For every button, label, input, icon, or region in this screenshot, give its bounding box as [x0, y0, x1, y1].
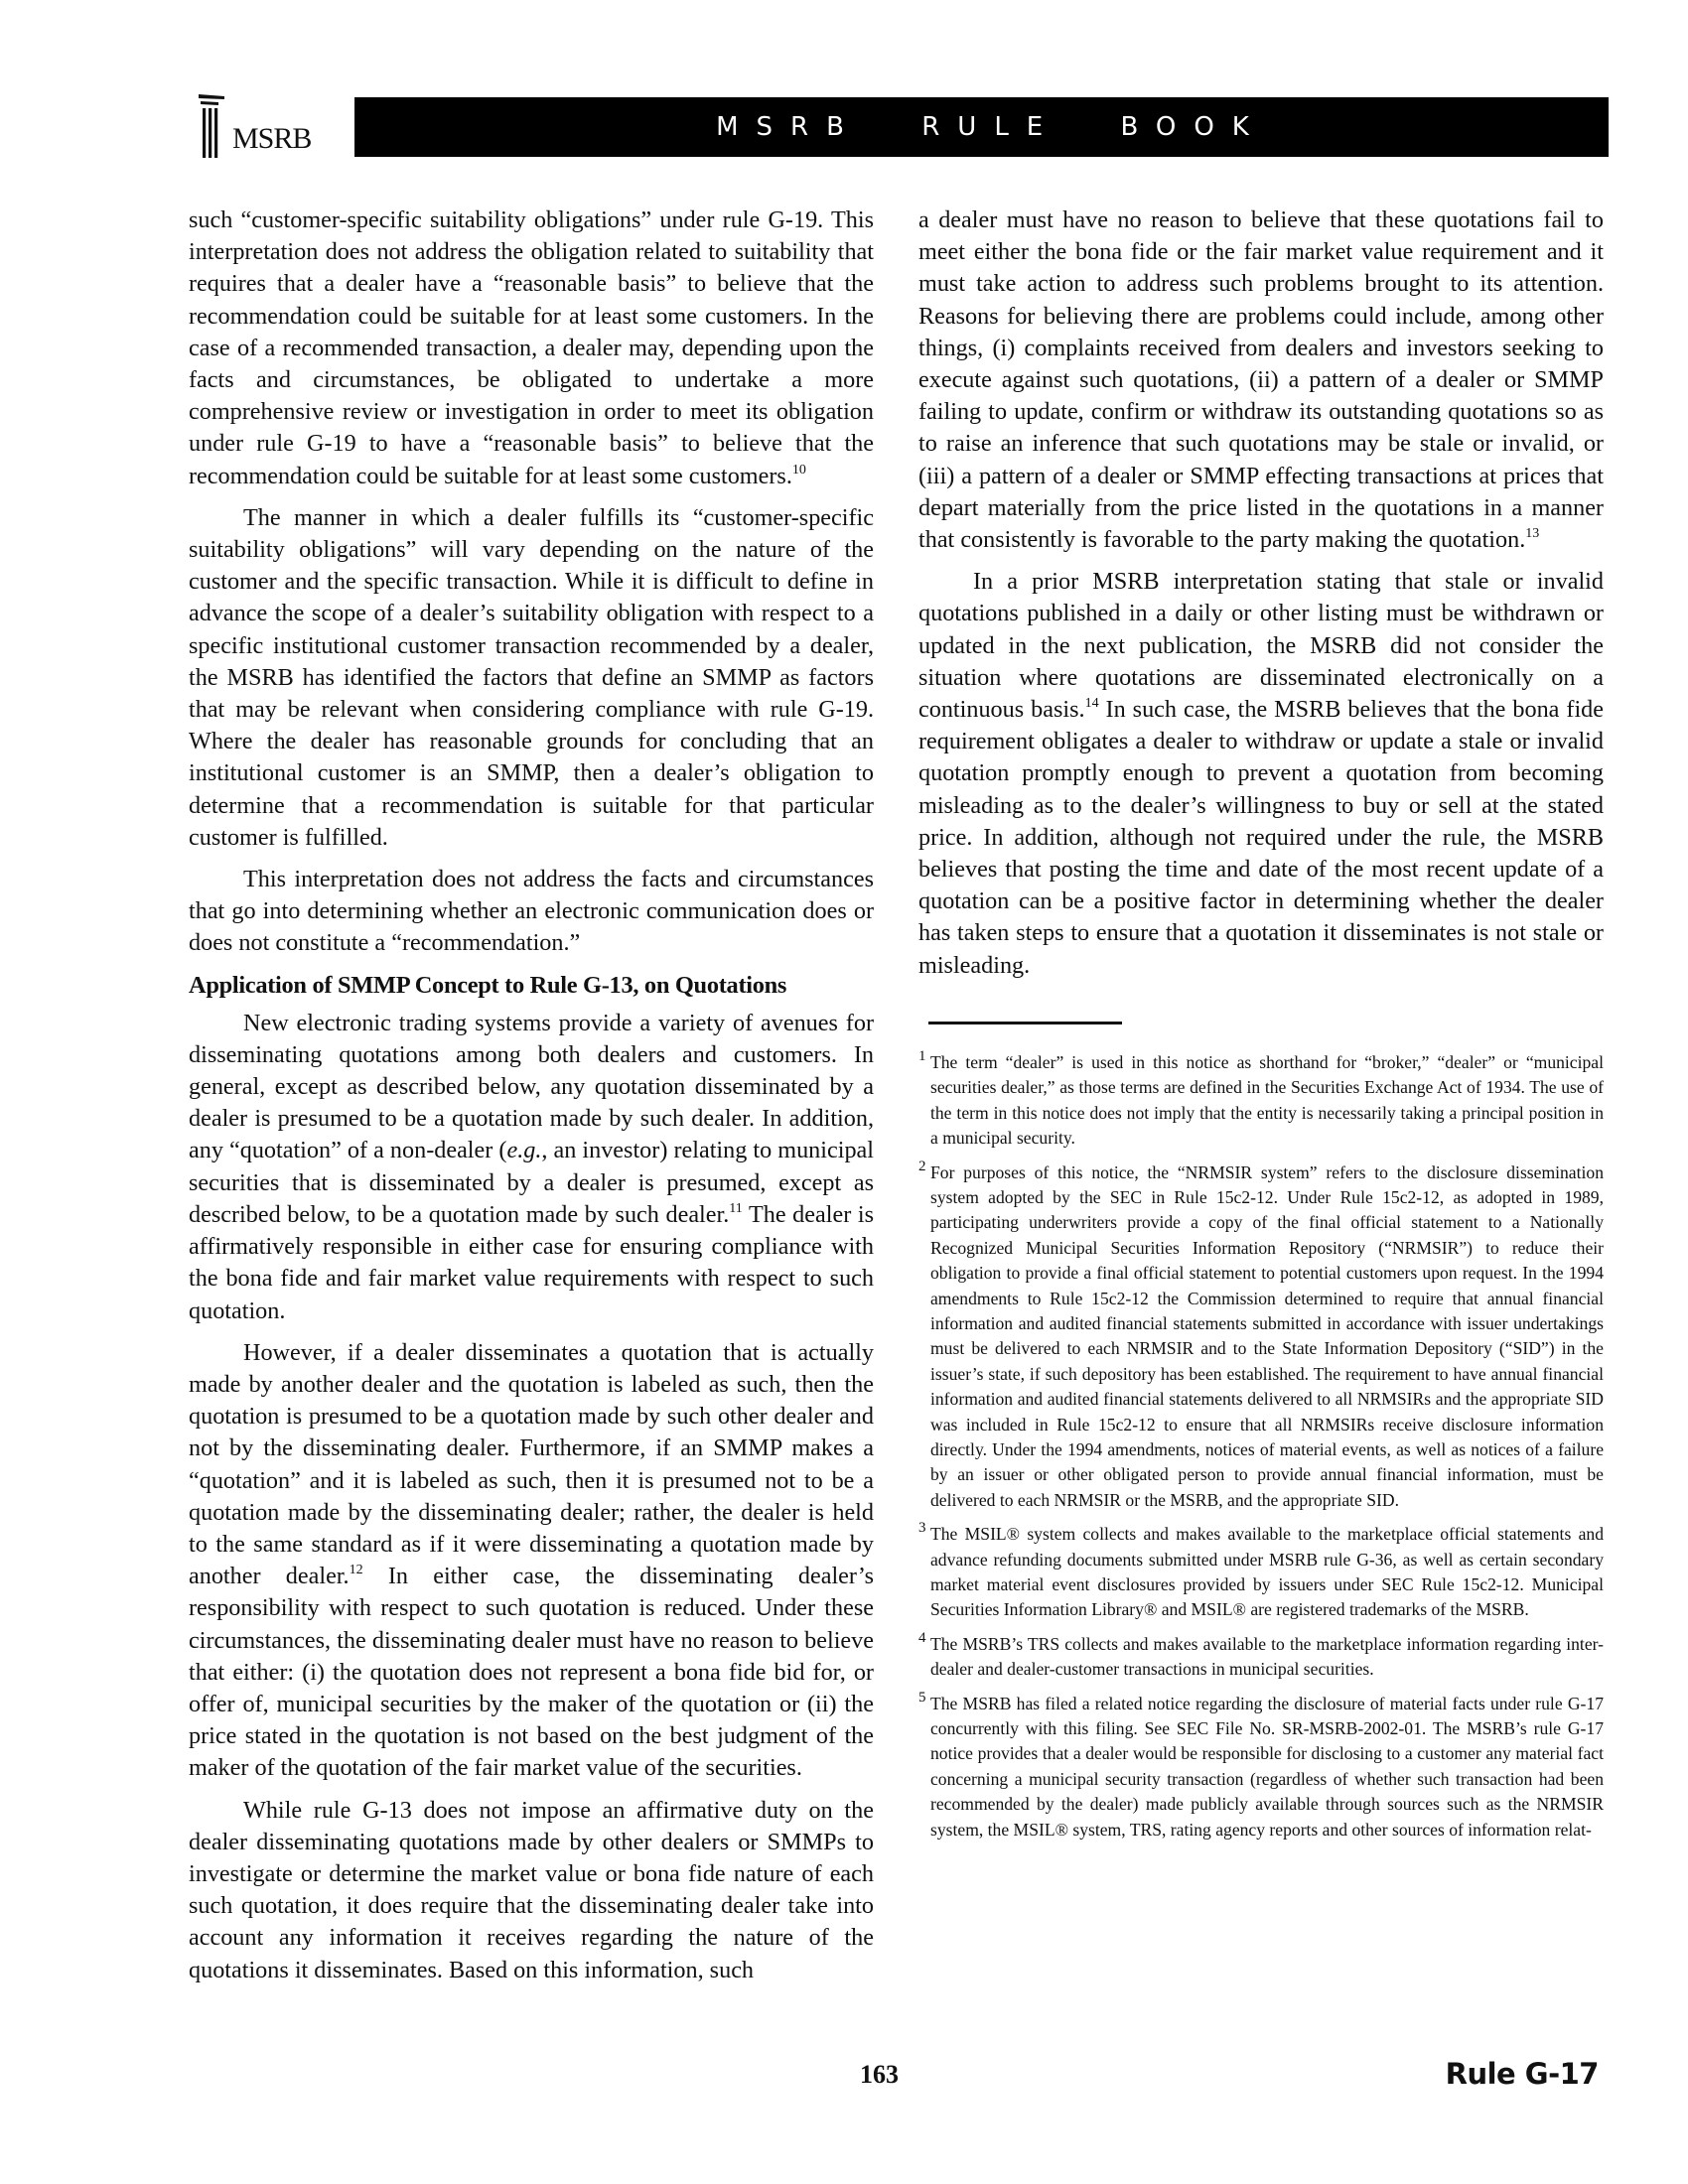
footnote-ref[interactable]: 14	[1085, 696, 1099, 711]
header-title: MSRB RULE BOOK	[696, 112, 1267, 142]
section-heading: Application of SMMP Concept to Rule G-13…	[189, 970, 874, 1002]
paragraph: However, if a dealer disseminates a quot…	[189, 1337, 874, 1785]
paragraph: The manner in which a dealer fulfills it…	[189, 502, 874, 854]
footnote-ref[interactable]: 13	[1525, 526, 1539, 541]
footnote-divider	[928, 1022, 1122, 1024]
footnotes: 1 The term “dealer” is used in this noti…	[918, 1050, 1604, 1843]
paragraph: New electronic trading systems provide a…	[189, 1008, 874, 1327]
footnote-number: 2	[918, 1155, 926, 1179]
paragraph: In a prior MSRB interpretation stating t…	[918, 566, 1604, 982]
msrb-logo: MSRB	[191, 92, 340, 162]
left-column: such “customer-specific suitability obli…	[189, 205, 874, 1996]
paragraph: such “customer-specific suitability obli…	[189, 205, 874, 492]
header-banner: MSRB RULE BOOK	[354, 97, 1609, 157]
footnote-item: 4 The MSRB’s TRS collects and makes avai…	[918, 1632, 1604, 1683]
footnote-item: 5 The MSRB has filed a related notice re…	[918, 1692, 1604, 1843]
footnote-item: 2 For purposes of this notice, the “NRMS…	[918, 1160, 1604, 1514]
footnote-number: 3	[918, 1516, 926, 1541]
rule-label: Rule G-17	[1446, 2057, 1599, 2091]
footnote-ref[interactable]: 12	[350, 1563, 363, 1577]
pillar-icon	[197, 92, 230, 160]
paragraph: While rule G-13 does not impose an affir…	[189, 1795, 874, 1986]
footnote-item: 3 The MSIL® system collects and makes av…	[918, 1522, 1604, 1623]
paragraph: This interpretation does not address the…	[189, 864, 874, 960]
footnote-text: For purposes of this notice, the “NRMSIR…	[930, 1162, 1604, 1510]
footnote-number: 1	[918, 1044, 926, 1069]
footnote-ref[interactable]: 10	[792, 463, 806, 478]
footnote-text: The MSIL® system collects and makes avai…	[930, 1524, 1604, 1619]
footnote-ref[interactable]: 11	[729, 1201, 742, 1216]
logo-text: MSRB	[232, 122, 311, 156]
paragraph: a dealer must have no reason to believe …	[918, 205, 1604, 556]
footnote-text: The MSRB’s TRS collects and makes availa…	[930, 1634, 1604, 1679]
footnote-text: The term “dealer” is used in this notice…	[930, 1052, 1604, 1148]
page-number: 163	[860, 2060, 899, 2090]
footnote-number: 5	[918, 1686, 926, 1710]
footnote-number: 4	[918, 1626, 926, 1651]
right-column: a dealer must have no reason to believe …	[918, 205, 1604, 1851]
footnote-text: The MSRB has filed a related notice rega…	[930, 1694, 1604, 1840]
footnote-item: 1 The term “dealer” is used in this noti…	[918, 1050, 1604, 1152]
